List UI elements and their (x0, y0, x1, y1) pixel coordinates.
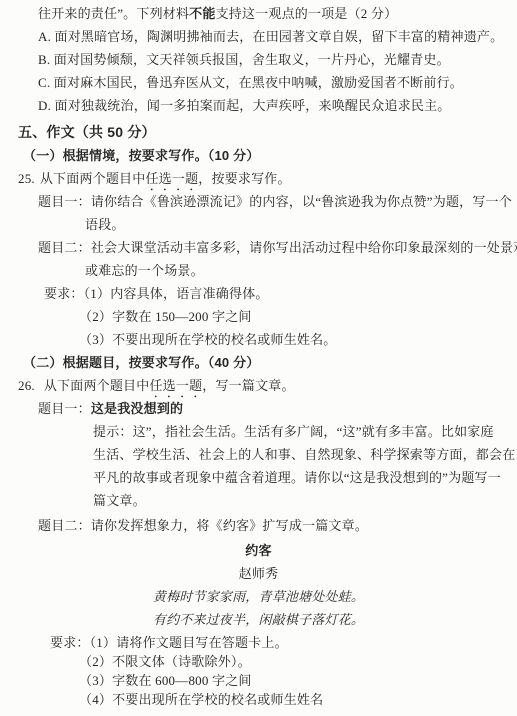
q26-topic1-label: 题目一： (38, 401, 91, 416)
q25-intro: 25.从下面两个题目中任选一题，按要求写作。 (18, 167, 517, 190)
q25-topic1-label: 题目一： (38, 194, 91, 209)
q26-req-2: （2）不限文体（诗歌除外）。 (79, 652, 517, 671)
q25-topic2-line1: 题目二：社会大课堂活动丰富多彩，请你写出活动过程中给你印象最深刻的一处景观 (38, 236, 517, 259)
q24-option-a: A. 面对黑暗官场，陶渊明拂袖而去，在田园著文章自娱，留下丰富的精神遗产。 (38, 25, 517, 48)
q24-option-b: B. 面对国势倾颓，文天祥领兵报国，舍生取义，一片丹心，光耀青史。 (38, 48, 517, 71)
q26-topic1-title: 这是我没想到的 (91, 401, 183, 416)
q26-intro: 26.从下面两个题目中任选一题，写一篇文章。 (18, 374, 517, 397)
q25-topic1-line2: 语段。 (85, 213, 517, 236)
poem-line1: 黄梅时节家家雨，青草池塘处处蛙。 (0, 585, 517, 608)
q26-topic2: 题目二：请你发挥想象力，将《约客》扩写成一篇文章。 (38, 514, 517, 537)
q25-topic1-text: 请你结合《鲁滨逊漂流记》的内容，以“鲁滨逊我为你点赞”为题，写一个 (91, 194, 512, 209)
poem-author: 赵师秀 (0, 562, 517, 585)
q26-hint-line1: 提示：这”，指社会生活。生活有多广阔，“这”就有多丰富。比如家庭 (93, 420, 517, 443)
section5-heading: 五、作文（共 50 分） (18, 121, 517, 144)
q26-req-label: 要求： (50, 635, 90, 650)
q26-topic2-label: 题目二： (38, 518, 91, 533)
q25-req-label: 要求： (44, 286, 84, 301)
q26-req-3: （3）字数在 600—800 字之间 (79, 671, 517, 690)
q25-topic1-line1: 题目一：请你结合《鲁滨逊漂流记》的内容，以“鲁滨逊我为你点赞”为题，写一个 (38, 190, 517, 213)
q25-topic2-line2: 或难忘的一个场景。 (85, 259, 517, 282)
q25-req-3: （3）不要出现所在学校的校名或师生姓名。 (79, 328, 517, 351)
q26-hint-line4: 篇文章。 (93, 489, 517, 512)
part2-heading: （二）根据题目，按要求写作。（40 分） (23, 351, 517, 374)
q25-req-1: （1）内容具体，语言准确得体。 (84, 286, 269, 301)
q25-number: 25. (18, 171, 35, 186)
q26-req-4: （4）不要出现所在学校的校名或师生姓名 (79, 690, 517, 709)
q25-topic2-label: 题目二： (38, 240, 91, 255)
q26-intro-pre: 从下面两个题目中 (44, 378, 150, 393)
part1-heading: （一）根据情境，按要求写作。（10 分） (23, 144, 517, 167)
q24-stem-post: 支持这一观点的一项是（2 分） (216, 6, 398, 21)
q25-req-2: （2）字数在 150—200 字之间 (79, 305, 517, 328)
q25-req-line1: 要求：（1）内容具体，语言准确得体。 (44, 282, 517, 305)
q26-topic1: 题目一：这是我没想到的 (38, 397, 517, 420)
q24-option-d: D. 面对独裁统治，闻一多拍案而起，大声疾呼，来唤醒民众追求民主。 (38, 94, 517, 117)
q26-hint-line2: 生活、学校生活、社会上的人和事、自然现象、科学探索等方面，都会在 (93, 443, 517, 466)
q26-req-line1: 要求：（1）请将作文题目写在答题卡上。 (50, 633, 517, 652)
q24-stem-pre: 往开来的责任”。下列材料 (38, 6, 189, 21)
q24-option-c: C. 面对麻木国民，鲁迅弃医从文，在黑夜中呐喊，激励爱国者不断前行。 (38, 71, 517, 94)
q26-topic2-text: 请你发挥想象力，将《约客》扩写成一篇文章。 (91, 518, 368, 533)
poem-line2: 有约不来过夜半，闲敲棋子落灯花。 (0, 608, 517, 631)
q26-hint-line3: 平凡的故事或者现象中蕴含着道理。请你以“这是我没想到的”为题写一 (93, 466, 517, 489)
q26-number: 26. (18, 378, 35, 393)
q25-intro-pre: 从下面两个题目中 (40, 171, 146, 186)
q24-stem-emphasis: 不能 (189, 6, 215, 21)
exam-paper-page: 往开来的责任”。下列材料不能支持这一观点的一项是（2 分） A. 面对黑暗官场，… (0, 0, 517, 716)
q26-intro-post: ，写一篇文章。 (202, 378, 294, 393)
poem-title: 约客 (0, 539, 517, 562)
q26-req-1: （1）请将作文题目写在答题卡上。 (90, 635, 288, 650)
q24-stem: 往开来的责任”。下列材料不能支持这一观点的一项是（2 分） (38, 2, 517, 25)
q26-intro-emphasis: 任选一题 (149, 378, 202, 393)
q25-intro-post: ，按要求写作。 (198, 171, 290, 186)
q25-intro-emphasis: 任选一题 (145, 171, 198, 186)
q25-topic2-text: 社会大课堂活动丰富多彩，请你写出活动过程中给你印象最深刻的一处景观 (91, 240, 517, 255)
